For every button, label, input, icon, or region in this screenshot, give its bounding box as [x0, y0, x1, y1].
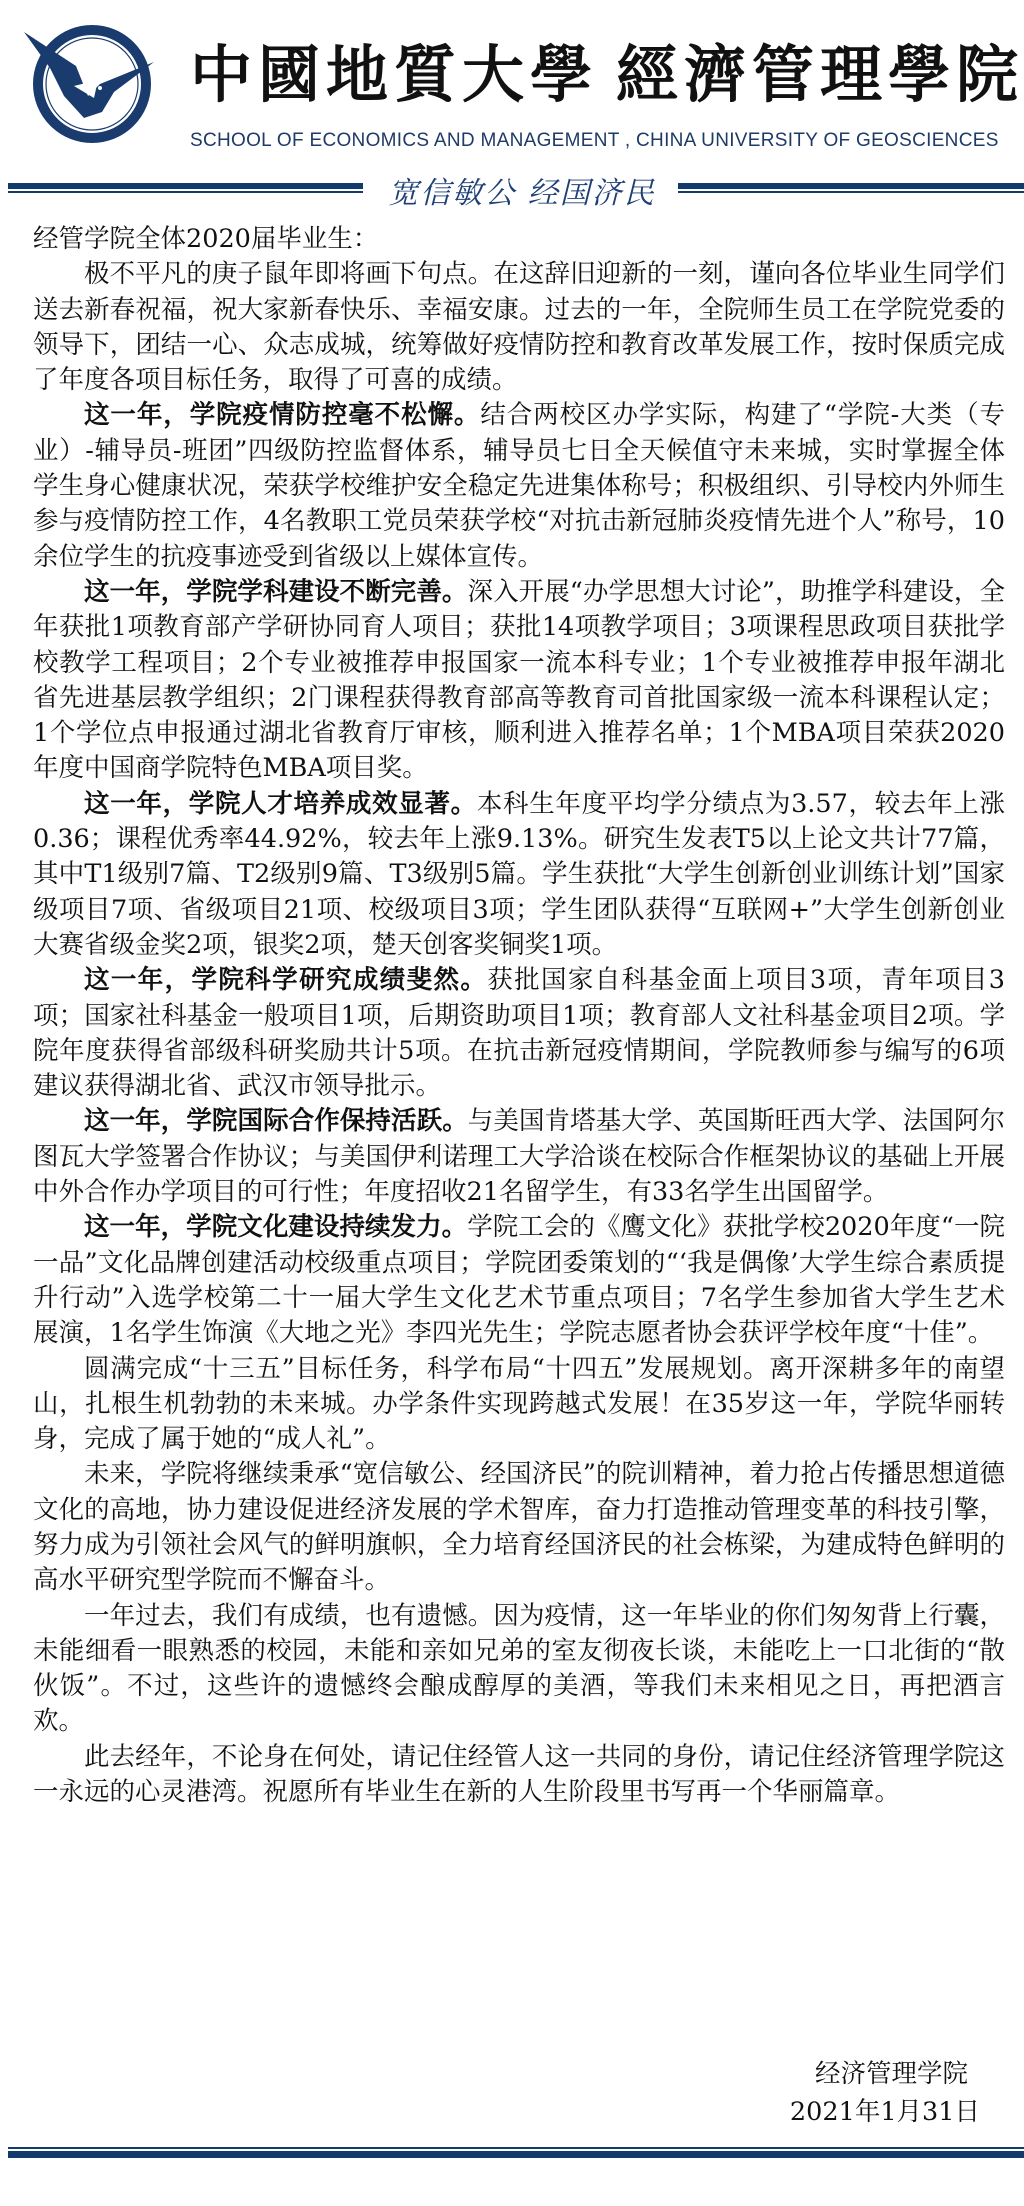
paragraph-text: 未来，学院将继续秉承“宽信敏公、经国济民”的院训精神，着力抢占传播思想道德文化的…	[33, 1459, 1005, 1595]
paragraph-discipline: 这一年，学院学科建设不断完善。深入开展“办学思想大讨论”，助推学科建设，全年获批…	[33, 575, 1005, 787]
paragraph-text: 一年过去，我们有成绩，也有遗憾。因为疫情，这一年毕业的你们匆匆背上行囊，未能细看…	[33, 1601, 1005, 1737]
paragraph-lead: 这一年，学院科学研究成绩斐然。	[84, 965, 487, 995]
paragraph-lead: 这一年，学院疫情防控毫不松懈。	[84, 400, 480, 430]
paragraph-culture: 这一年，学院文化建设持续发力。学院工会的《鹰文化》获批学校2020年度“一院一品…	[33, 1210, 1005, 1351]
footer-rule	[8, 2147, 1024, 2158]
signature-block: 经济管理学院 2021年1月31日	[790, 2055, 980, 2131]
paragraph-lead: 这一年，学院国际合作保持活跃。	[84, 1106, 468, 1136]
signature-date: 2021年1月31日	[790, 2093, 980, 2131]
university-name: 中國地質大學	[190, 38, 598, 111]
paragraph-research: 这一年，学院科学研究成绩斐然。获批国家自科基金面上项目3项，青年项目3项；国家社…	[33, 963, 1005, 1104]
paragraph-lead: 这一年，学院学科建设不断完善。	[84, 577, 468, 607]
school-title-chinese: 中國地質大學經濟管理學院	[190, 30, 1010, 120]
paragraph-text: 深入开展“办学思想大讨论”，助推学科建设，全年获批1项教育部产学研协同育人项目；…	[33, 577, 1005, 783]
header-rule-right	[678, 183, 1024, 197]
paragraph-lead: 这一年，学院人才培养成效显著。	[84, 789, 477, 819]
school-motto: 宽信敏公 经国济民	[372, 168, 672, 212]
letter-body: 经管学院全体2020届毕业生： 极不平凡的庚子鼠年即将画下句点。在这辞旧迎新的一…	[33, 222, 1005, 1810]
paragraph-epidemic: 这一年，学院疫情防控毫不松懈。结合两校区办学实际，构建了“学院-大类（专业）-辅…	[33, 398, 1005, 574]
signature-org: 经济管理学院	[790, 2055, 968, 2093]
school-title-english: SCHOOL OF ECONOMICS AND MANAGEMENT , CHI…	[190, 130, 999, 152]
paragraph-future: 未来，学院将继续秉承“宽信敏公、经国济民”的院训精神，着力抢占传播思想道德文化的…	[33, 1457, 1005, 1598]
paragraph-text: 极不平凡的庚子鼠年即将画下句点。在这辞旧迎新的一刻，谨向各位毕业生同学们送去新春…	[33, 259, 1005, 395]
paragraph-lead: 这一年，学院文化建设持续发力。	[84, 1212, 467, 1242]
paragraph-international: 这一年，学院国际合作保持活跃。与美国肯塔基大学、英国斯旺西大学、法国阿尔图瓦大学…	[33, 1104, 1005, 1210]
letter-greeting: 经管学院全体2020届毕业生：	[33, 222, 1005, 257]
paragraph-farewell: 此去经年，不论身在何处，请记住经管人这一共同的身份，请记住经济管理学院这一永远的…	[33, 1740, 1005, 1811]
paragraph-planning: 圆满完成“十三五”目标任务，科学布局“十四五”发展规划。离开深耕多年的南望山，扎…	[33, 1352, 1005, 1458]
paragraph-text: 圆满完成“十三五”目标任务，科学布局“十四五”发展规划。离开深耕多年的南望山，扎…	[33, 1354, 1005, 1455]
paragraph-talent: 这一年，学院人才培养成效显著。本科生年度平均学分绩点为3.57，较去年上涨0.3…	[33, 787, 1005, 963]
paragraph-text: 此去经年，不论身在何处，请记住经管人这一共同的身份，请记住经济管理学院这一永远的…	[33, 1742, 1005, 1807]
eagle-emblem-icon	[14, 14, 164, 144]
letterhead: 中國地質大學經濟管理學院 SCHOOL OF ECONOMICS AND MAN…	[0, 0, 1024, 215]
paragraph-intro: 极不平凡的庚子鼠年即将画下句点。在这辞旧迎新的一刻，谨向各位毕业生同学们送去新春…	[33, 257, 1005, 398]
header-rule-left	[8, 183, 363, 197]
paragraph-regrets: 一年过去，我们有成绩，也有遗憾。因为疫情，这一年毕业的你们匆匆背上行囊，未能细看…	[33, 1599, 1005, 1740]
school-name: 經濟管理學院	[616, 38, 1024, 111]
